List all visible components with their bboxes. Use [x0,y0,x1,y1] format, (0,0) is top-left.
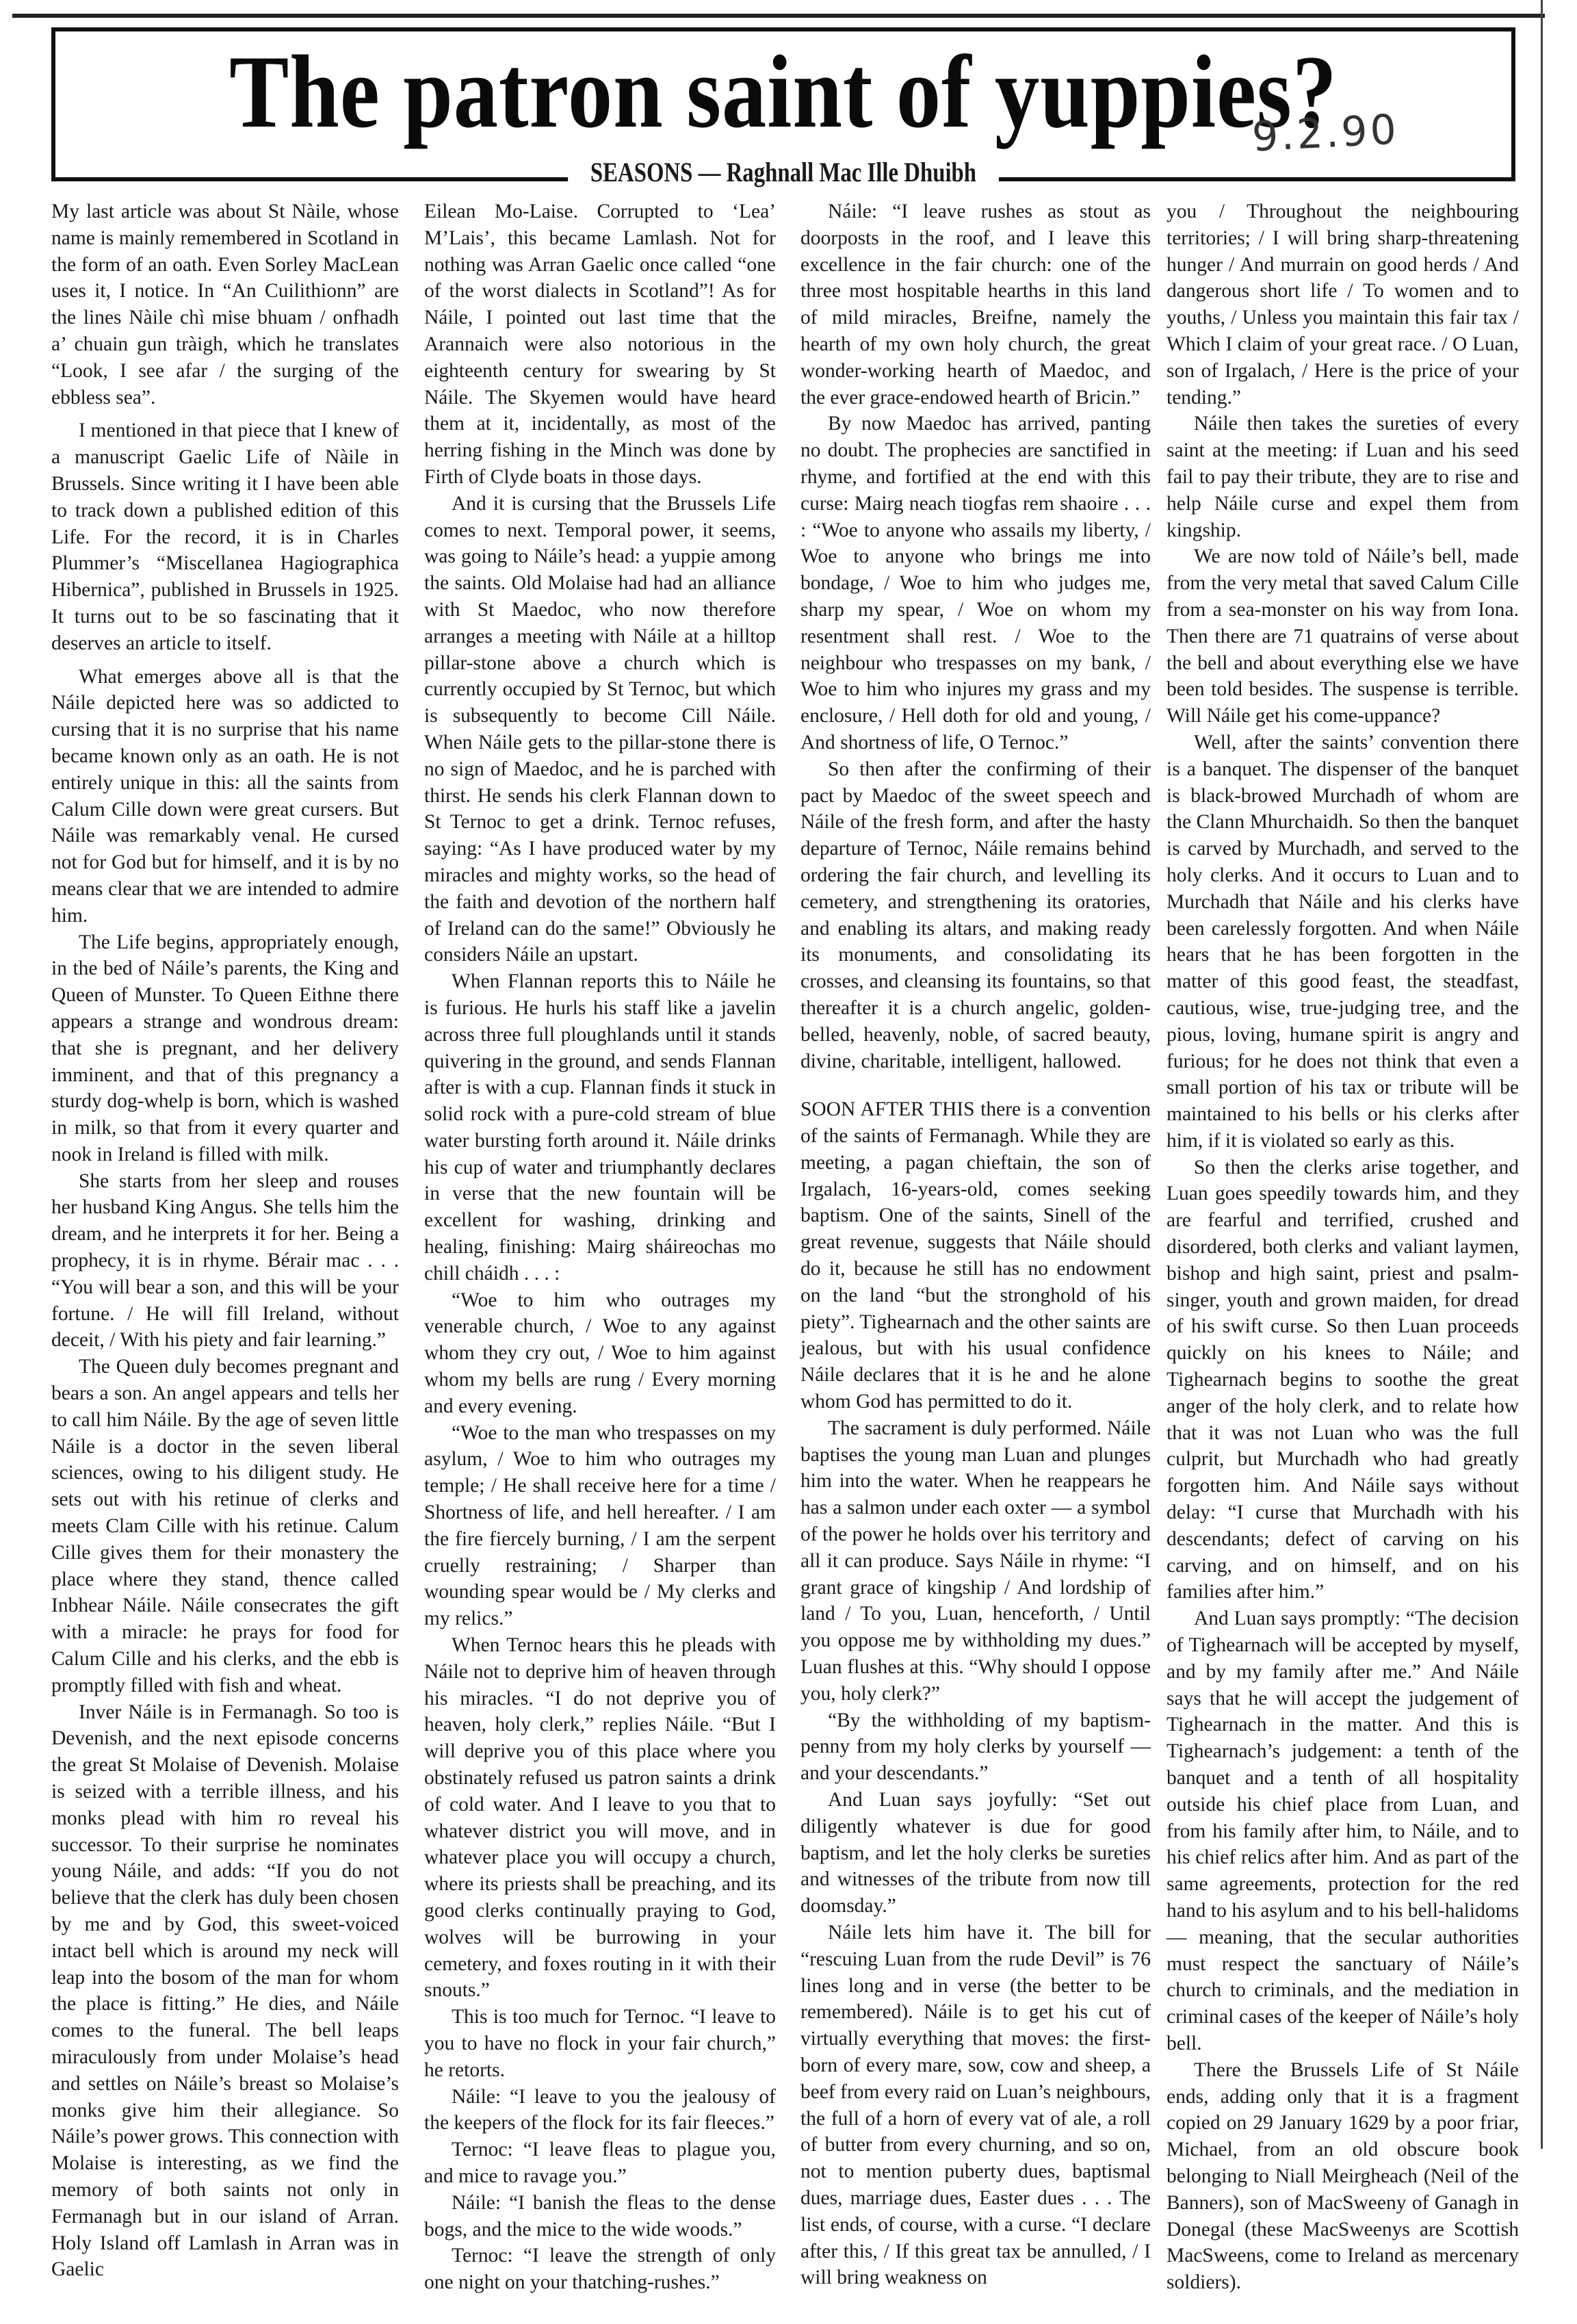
article-column-2: Eilean Mo-Laise. Corrupted to ‘Lea’ M’La… [424,198,776,2296]
byline-container: SEASONS — Raghnall Mac Ille Dhuibh [51,156,1515,197]
top-rule [12,14,1545,18]
paragraph: Eilean Mo-Laise. Corrupted to ‘Lea’ M’La… [424,198,776,491]
right-column-rule [1541,0,1543,2149]
paragraph: “Woe to the man who trespasses on my asy… [424,1420,776,1632]
byline: SEASONS — Raghnall Mac Ille Dhuibh [568,156,999,189]
article-column-4: you / Throughout the neighbouring territ… [1167,198,1519,2296]
paragraph: We are now told of Náile’s bell, made fr… [1167,543,1519,730]
paragraph: My last article was about St Nàile, whos… [51,198,399,411]
paragraph: And it is cursing that the Brussels Life… [424,491,776,968]
paragraph: What emerges above all is that the Náile… [51,664,399,929]
paragraph: When Flannan reports this to Náile he is… [424,968,776,1287]
paragraph: The sacrament is duly performed. Náile b… [800,1415,1151,1707]
paragraph: This is too much for Ternoc. “I leave to… [424,2004,776,2083]
paragraph: Ternoc: “I leave the strength of only on… [424,2243,776,2296]
paragraph: Náile lets him have it. The bill for “re… [800,1920,1151,2291]
paragraph: you / Throughout the neighbouring territ… [1167,198,1519,411]
paragraph: I mentioned in that piece that I knew of… [51,417,399,656]
paragraph: “Woe to him who outrages my venerable ch… [424,1287,776,1420]
paragraph: Ternoc: “I leave fleas to plague you, an… [424,2136,776,2190]
paragraph: When Ternoc hears this he pleads with Ná… [424,1632,776,2004]
paragraph: And Luan says promptly: “The decision of… [1167,1605,1519,2057]
paragraph: The Life begins, appropriately enough, i… [51,929,399,1168]
paragraph: She starts from her sleep and rouses her… [51,1168,399,1354]
paragraph: Náile: “I leave to you the jealousy of t… [424,2084,776,2137]
article-column-3: Náile: “I leave rushes as stout as doorp… [800,198,1151,2291]
paragraph: Náile then takes the sureties of every s… [1167,411,1519,543]
paragraph: By now Maedoc has arrived, panting no do… [800,411,1151,756]
paragraph: Inver Náile is in Fermanagh. So too is D… [51,1699,399,2284]
headline: The patron saint of yuppies? [157,37,1409,146]
paragraph: And Luan says joyfully: “Set out diligen… [800,1787,1151,1920]
paragraph: Náile: “I banish the fleas to the dense … [424,2190,776,2243]
paragraph: So then after the confirming of their pa… [800,756,1151,1075]
article-column-1: My last article was about St Nàile, whos… [51,198,399,2283]
handwritten-date: 9.2.90 [1251,105,1400,161]
paragraph: Well, after the saints’ convention there… [1167,730,1519,1154]
paragraph: “By the withholding of my baptism-penny … [800,1707,1151,1787]
paragraph: Náile: “I leave rushes as stout as doorp… [800,198,1151,411]
paragraph: The Queen duly becomes pregnant and bear… [51,1354,399,1699]
paragraph: There the Brussels Life of St Náile ends… [1167,2057,1519,2296]
paragraph: So then the clerks arise together, and L… [1167,1154,1519,1606]
section-start-paragraph: SOON AFTER THIS there is a convention of… [800,1096,1151,1415]
